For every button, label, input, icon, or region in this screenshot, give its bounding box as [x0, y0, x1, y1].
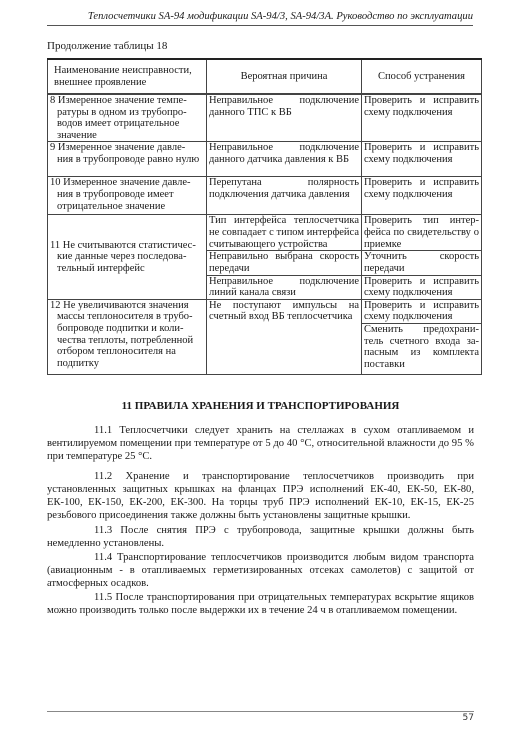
cause-cell: Тип интерфейса теплосчетчика не совпадае… — [207, 215, 362, 251]
remedy-cell: Проверить и исправить схему подключения — [362, 142, 482, 177]
remedy-cell: Проверить и исправить схему подключения — [362, 94, 482, 142]
page-number: 57 — [440, 713, 474, 724]
remedy-cell: Проверить и исправить схему подключения — [362, 275, 482, 299]
remedy-cell: Проверить и исправить схему подключения — [362, 177, 482, 215]
fault-text: 11 Не считываются статистичес- — [50, 240, 204, 252]
cause-cell: Неправильное подключение данного ТПС к В… — [207, 94, 362, 142]
paragraph-text: 11.4 Транспортирование теплосчетчиков пр… — [47, 552, 474, 589]
paragraph-11-3: 11.3 После снятия ПРЭ с трубопровода, за… — [47, 524, 474, 550]
paragraph-text: 11.2 Хранение и транспортирование теплос… — [47, 471, 474, 521]
section-heading: 11 ПРАВИЛА ХРАНЕНИЯ И ТРАНСПОРТИРОВАНИЯ — [47, 400, 474, 413]
fault-cell: 10 Измеренное значение давле- ния в труб… — [48, 177, 207, 215]
paragraph-11-1: 11.1 Теплосчетчики следует хранить на ст… — [47, 424, 474, 463]
column-header-fault: Наименование неисправности, внешнее проя… — [48, 59, 207, 94]
fault-cell: 11 Не считываются статистичес- кие данны… — [48, 215, 207, 299]
cause-cell: Неправильное подключение данного датчика… — [207, 142, 362, 177]
troubleshooting-table: Наименование неисправности, внешнее проя… — [47, 58, 482, 375]
fault-text: 9 Измеренное значение давле- — [50, 142, 204, 154]
paragraph-11-5: 11.5 После транспортирования при отрицат… — [47, 591, 474, 617]
paragraph-text: 11.1 Теплосчетчики следует хранить на ст… — [47, 425, 474, 462]
paragraph-11-4: 11.4 Транспортирование теплосчетчиков пр… — [47, 551, 474, 590]
column-header-cause: Вероятная причина — [207, 59, 362, 94]
fault-text-continued: ратуры в одном из трубопро- водов имеет … — [50, 107, 204, 142]
remedy-cell: Проверить тип интер- фейса по свидетельс… — [362, 215, 482, 251]
fault-cell: 9 Измеренное значение давле- ния в трубо… — [48, 142, 207, 177]
table-row: 9 Измеренное значение давле- ния в трубо… — [48, 142, 482, 177]
paragraph-text: 11.3 После снятия ПРЭ с трубопровода, за… — [47, 525, 474, 549]
cause-cell: Не поступают импульсы на счетный вход ВБ… — [207, 299, 362, 374]
fault-cell: 8 Измеренное значение темпе- ратуры в од… — [48, 94, 207, 142]
paragraph-text: 11.5 После транспортирования при отрицат… — [47, 592, 474, 616]
table-caption: Продолжение таблицы 18 — [47, 40, 167, 53]
paragraph-11-2: 11.2 Хранение и транспортирование теплос… — [47, 470, 474, 522]
fault-text-continued: ния в трубопроводе имеет отрицательное з… — [50, 189, 204, 212]
fault-cell: 12 Не увеличиваются значения массы тепло… — [48, 299, 207, 374]
fault-text-continued: кие данные через последова- тельный инте… — [50, 251, 204, 274]
fault-text: 12 Не увеличиваются значения — [50, 300, 204, 312]
fault-text-continued: ния в трубопроводе равно нулю — [50, 154, 204, 166]
footer-divider — [47, 711, 474, 712]
fault-text-continued: массы теплоносителя в трубо- бопроводе п… — [50, 311, 204, 369]
column-header-remedy: Способ устранения — [362, 59, 482, 94]
table-row: 12 Не увеличиваются значения массы тепло… — [48, 299, 482, 323]
remedy-cell: Уточнить скорость передачи — [362, 251, 482, 275]
table-header-row: Наименование неисправности, внешнее проя… — [48, 59, 482, 94]
table-row: 11 Не считываются статистичес- кие данны… — [48, 215, 482, 251]
table-row: 10 Измеренное значение давле- ния в труб… — [48, 177, 482, 215]
remedy-cell: Проверить и исправить схему подключения — [362, 299, 482, 323]
cause-cell: Неправильно выбрана скорость передачи — [207, 251, 362, 275]
fault-text: 10 Измеренное значение давле- — [50, 177, 204, 189]
running-header: Теплосчетчики SA-94 модификации SA-94/3,… — [47, 10, 473, 26]
cause-cell: Перепутана полярность подключения датчик… — [207, 177, 362, 215]
cause-cell: Неправильное подключение линий канала св… — [207, 275, 362, 299]
fault-text: 8 Измеренное значение темпе- — [50, 95, 204, 107]
table-row: 8 Измеренное значение темпе- ратуры в од… — [48, 94, 482, 142]
remedy-cell: Сменить предохрани- тель счетного входа … — [362, 323, 482, 374]
